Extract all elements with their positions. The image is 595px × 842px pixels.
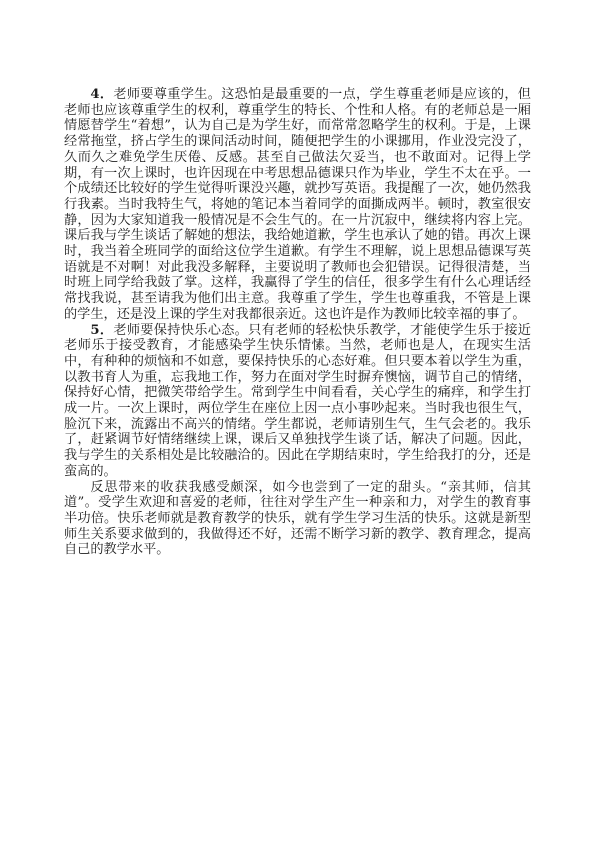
paragraph-4: 4．老师要尊重学生。这恐怕是最重要的一点，学生尊重老师是应该的，但老师也应该尊重… [64,87,531,323]
paragraph-4-text: 老师要尊重学生。这恐怕是最重要的一点，学生尊重老师是应该的，但老师也应该尊重学生… [64,87,531,322]
paragraph-5-number: 5． [90,323,113,338]
paragraph-closing-text: 反思带来的收获我感受颇深，如今也尝到了一定的甜头。“亲其师，信其道”。受学生欢迎… [64,480,531,558]
paragraph-5-text: 老师要保持快乐心态。只有老师的轻松快乐教学，才能使学生乐于接近老师乐于接受教育，… [64,323,531,479]
paragraph-4-number: 4． [90,87,113,102]
document-page: 4．老师要尊重学生。这恐怕是最重要的一点，学生尊重老师是应该的，但老师也应该尊重… [0,0,595,842]
paragraph-closing: 反思带来的收获我感受颇深，如今也尝到了一定的甜头。“亲其师，信其道”。受学生欢迎… [64,480,531,559]
document-body: 4．老师要尊重学生。这恐怕是最重要的一点，学生尊重老师是应该的，但老师也应该尊重… [64,87,531,558]
paragraph-5: 5．老师要保持快乐心态。只有老师的轻松快乐教学，才能使学生乐于接近老师乐于接受教… [64,323,531,480]
